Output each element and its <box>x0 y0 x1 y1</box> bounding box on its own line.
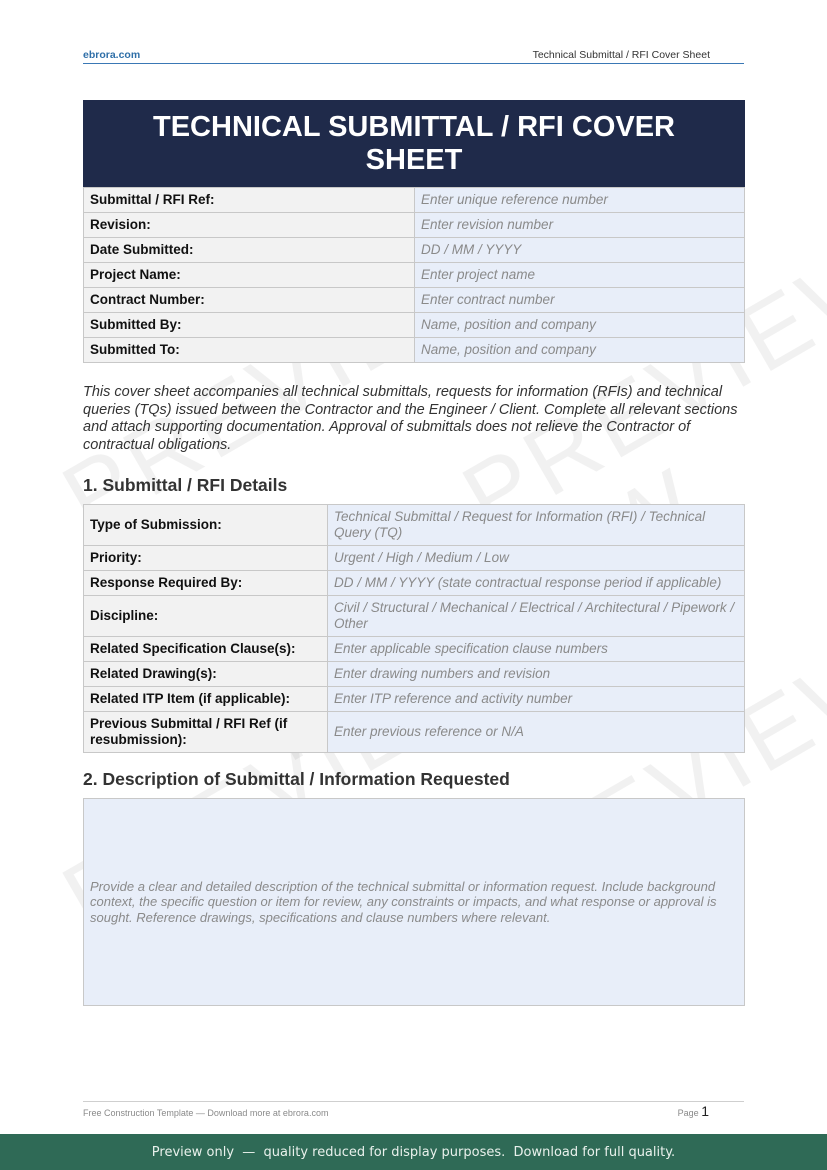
table-row: Previous Submittal / RFI Ref (if resubmi… <box>84 712 745 753</box>
description-placeholder: Provide a clear and detailed description… <box>90 879 738 926</box>
discipline-field[interactable]: Civil / Structural / Mechanical / Electr… <box>328 596 745 637</box>
submitted-by-field[interactable]: Name, position and company <box>415 313 745 338</box>
intro-paragraph: This cover sheet accompanies all technic… <box>83 384 745 454</box>
page-header: ebrora.com Technical Submittal / RFI Cov… <box>83 48 744 64</box>
date-submitted-field[interactable]: DD / MM / YYYY <box>415 238 745 263</box>
description-textarea[interactable]: Provide a clear and detailed description… <box>83 798 745 1006</box>
contract-number-field[interactable]: Enter contract number <box>415 288 745 313</box>
cover-fields-table: Submittal / RFI Ref:Enter unique referen… <box>83 187 745 363</box>
preview-banner: Preview only — quality reduced for displ… <box>0 1134 827 1170</box>
field-label: Previous Submittal / RFI Ref (if resubmi… <box>84 712 328 753</box>
previous-ref-field[interactable]: Enter previous reference or N/A <box>328 712 745 753</box>
field-label: Submitted To: <box>84 338 415 363</box>
field-label: Submitted By: <box>84 313 415 338</box>
field-label: Contract Number: <box>84 288 415 313</box>
section-heading-details: 1. Submittal / RFI Details <box>83 475 287 496</box>
table-row: Discipline:Civil / Structural / Mechanic… <box>84 596 745 637</box>
brand-link[interactable]: ebrora.com <box>83 49 140 61</box>
field-label: Response Required By: <box>84 571 328 596</box>
table-row: Date Submitted:DD / MM / YYYY <box>84 238 745 263</box>
header-doc-title: Technical Submittal / RFI Cover Sheet <box>533 49 710 61</box>
itp-item-field[interactable]: Enter ITP reference and activity number <box>328 687 745 712</box>
field-label: Date Submitted: <box>84 238 415 263</box>
response-required-field[interactable]: DD / MM / YYYY (state contractual respon… <box>328 571 745 596</box>
page-indicator: Page 1 <box>678 1103 709 1119</box>
submitted-to-field[interactable]: Name, position and company <box>415 338 745 363</box>
table-row: Submitted By:Name, position and company <box>84 313 745 338</box>
field-label: Revision: <box>84 213 415 238</box>
field-label: Project Name: <box>84 263 415 288</box>
table-row: Related ITP Item (if applicable):Enter I… <box>84 687 745 712</box>
field-label: Related Drawing(s): <box>84 662 328 687</box>
table-row: Contract Number:Enter contract number <box>84 288 745 313</box>
field-label: Type of Submission: <box>84 505 328 546</box>
field-label: Submittal / RFI Ref: <box>84 188 415 213</box>
table-row: Related Specification Clause(s):Enter ap… <box>84 637 745 662</box>
table-row: Response Required By:DD / MM / YYYY (sta… <box>84 571 745 596</box>
field-label: Related ITP Item (if applicable): <box>84 687 328 712</box>
related-drawings-field[interactable]: Enter drawing numbers and revision <box>328 662 745 687</box>
priority-field[interactable]: Urgent / High / Medium / Low <box>328 546 745 571</box>
footer-text: Free Construction Template — Download mo… <box>83 1108 328 1118</box>
field-label: Discipline: <box>84 596 328 637</box>
table-row: Submittal / RFI Ref:Enter unique referen… <box>84 188 745 213</box>
table-row: Submitted To:Name, position and company <box>84 338 745 363</box>
revision-field[interactable]: Enter revision number <box>415 213 745 238</box>
submission-type-field[interactable]: Technical Submittal / Request for Inform… <box>328 505 745 546</box>
table-row: Related Drawing(s):Enter drawing numbers… <box>84 662 745 687</box>
details-table: Type of Submission:Technical Submittal /… <box>83 504 745 753</box>
table-row: Priority:Urgent / High / Medium / Low <box>84 546 745 571</box>
page-footer: Free Construction Template — Download mo… <box>83 1101 744 1124</box>
table-row: Revision:Enter revision number <box>84 213 745 238</box>
document-title-banner: TECHNICAL SUBMITTAL / RFI COVER SHEET <box>83 100 745 187</box>
page-label: Page <box>678 1108 699 1118</box>
field-label: Priority: <box>84 546 328 571</box>
section-heading-description: 2. Description of Submittal / Informatio… <box>83 769 510 790</box>
spec-clause-field[interactable]: Enter applicable specification clause nu… <box>328 637 745 662</box>
project-name-field[interactable]: Enter project name <box>415 263 745 288</box>
page-number: 1 <box>701 1103 709 1119</box>
table-row: Project Name:Enter project name <box>84 263 745 288</box>
field-label: Related Specification Clause(s): <box>84 637 328 662</box>
document-title: TECHNICAL SUBMITTAL / RFI COVER SHEET <box>134 111 694 177</box>
table-row: Type of Submission:Technical Submittal /… <box>84 505 745 546</box>
submittal-ref-field[interactable]: Enter unique reference number <box>415 188 745 213</box>
